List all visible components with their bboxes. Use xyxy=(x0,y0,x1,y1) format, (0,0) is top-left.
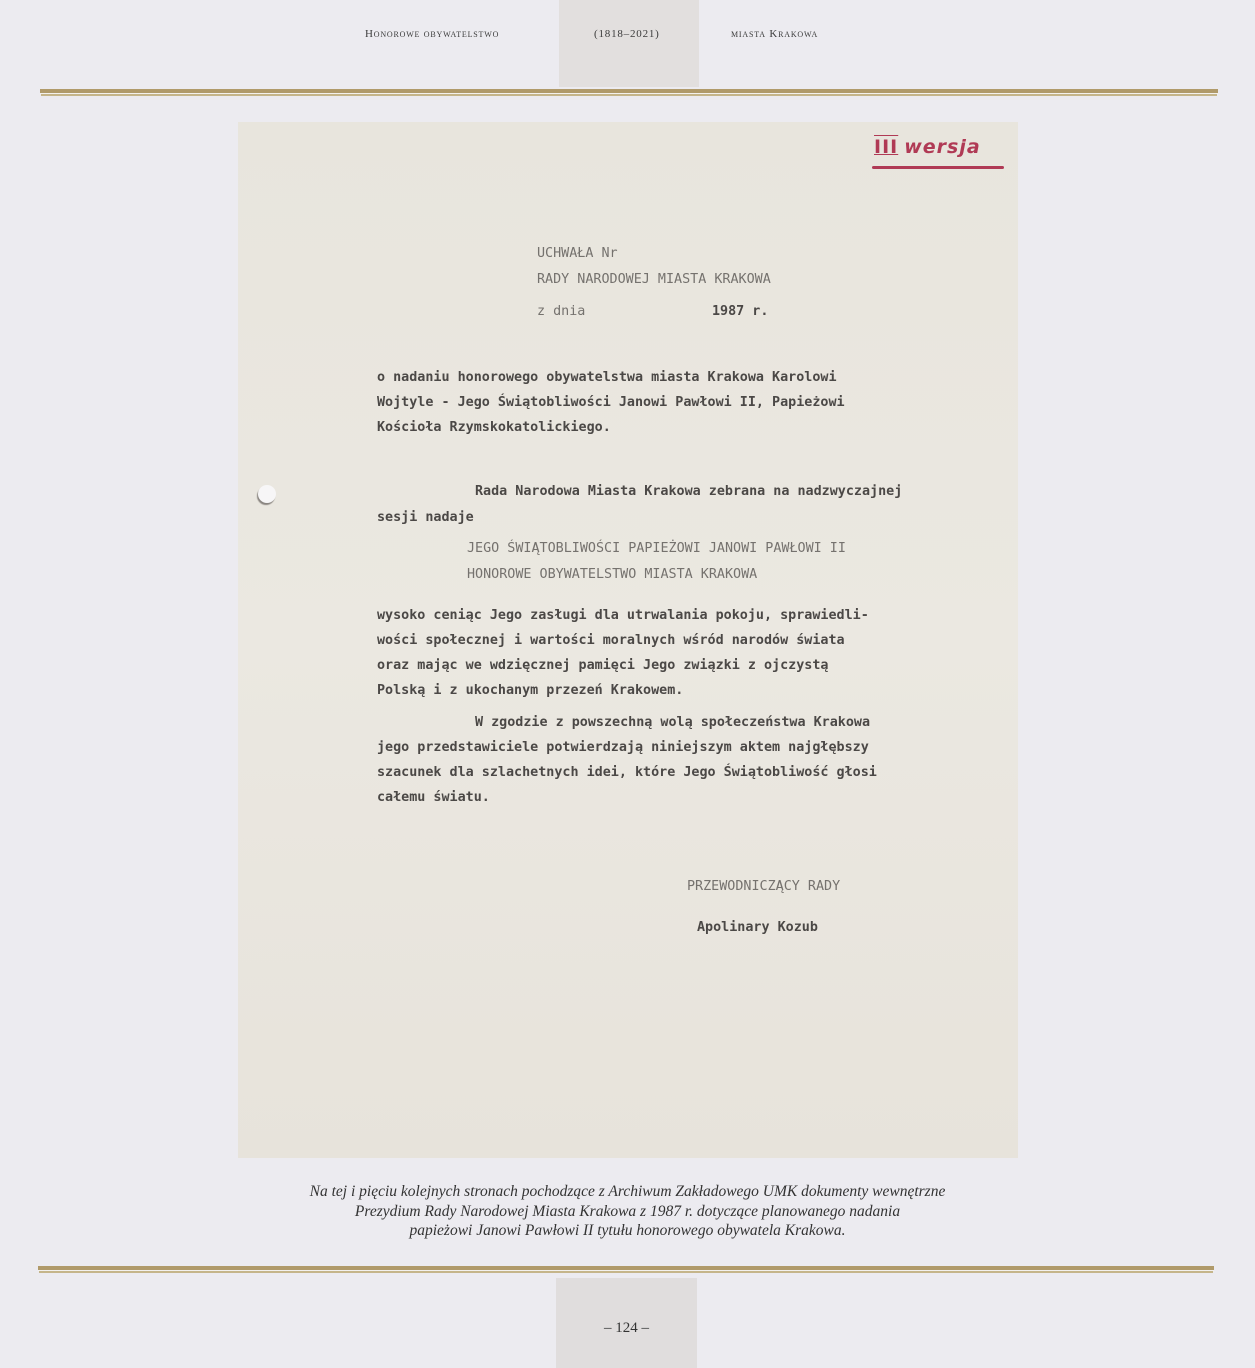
justification-line: wysoko ceniąc Jego zasługi dla utrwalani… xyxy=(377,608,869,623)
handwritten-underline xyxy=(872,166,1004,169)
handwritten-note: IIIwersja xyxy=(874,136,981,158)
justification-line: wości społecznej i wartości moralnych wś… xyxy=(377,633,845,648)
top-rule-divider xyxy=(40,89,1218,94)
granted-line: JEGO ŚWIĄTOBLIWOŚCI PAPIEŻOWI JANOWI PAW… xyxy=(467,541,846,556)
handwritten-text: wersja xyxy=(904,136,980,158)
running-head-years: (1818–2021) xyxy=(594,28,660,40)
justification-line: oraz mając we wdzięcznej pamięci Jego zw… xyxy=(377,658,828,673)
closing-line: W zgodzie z powszechną wolą społeczeństw… xyxy=(475,715,870,730)
running-head-title: Honorowe obywatelstwo xyxy=(365,28,499,40)
granted-line: HONOROWE OBYWATELSTWO MIASTA KRAKOWA xyxy=(467,567,757,582)
signature-name: Apolinary Kozub xyxy=(697,920,818,935)
page-number: – 124 – xyxy=(556,1320,697,1337)
bottom-rule-divider xyxy=(38,1266,1214,1271)
scanned-document: IIIwersja UCHWAŁA Nr RADY NARODOWEJ MIAS… xyxy=(238,122,1018,1158)
figure-caption: Na tej i pięciu kolejnych stronach pocho… xyxy=(0,1182,1255,1241)
running-head-city: miasta Krakowa xyxy=(731,28,818,40)
closing-line: jego przedstawiciele potwierdzają niniej… xyxy=(377,740,869,755)
justification-line: Polską i z ukochanym przezeń Krakowem. xyxy=(377,683,683,698)
caption-line: Prezydium Rady Narodowej Miasta Krakowa … xyxy=(0,1202,1255,1222)
intro-line: sesji nadaje xyxy=(377,510,474,525)
running-head: Honorowe obywatelstwo (1818–2021) miasta… xyxy=(0,28,1255,44)
punch-hole xyxy=(258,485,276,503)
closing-line: szacunek dla szlachetnych idei, które Je… xyxy=(377,765,877,780)
subject-line: o nadaniu honorowego obywatelstwa miasta… xyxy=(377,370,837,385)
subject-line: Wojtyle - Jego Świątobliwości Janowi Paw… xyxy=(377,395,845,410)
date-prefix: z dnia xyxy=(537,304,585,319)
resolution-number: UCHWAŁA Nr xyxy=(537,246,618,261)
handwritten-roman: III xyxy=(874,136,898,158)
council-name: RADY NARODOWEJ MIASTA KRAKOWA xyxy=(537,272,771,287)
closing-line: całemu światu. xyxy=(377,790,490,805)
intro-line: Rada Narodowa Miasta Krakowa zebrana na … xyxy=(475,484,902,499)
signature-title: PRZEWODNICZĄCY RADY xyxy=(687,879,840,894)
date-year: 1987 r. xyxy=(712,304,768,319)
caption-line: papieżowi Janowi Pawłowi II tytułu honor… xyxy=(0,1221,1255,1241)
caption-line: Na tej i pięciu kolejnych stronach pocho… xyxy=(0,1182,1255,1202)
subject-line: Kościoła Rzymskokatolickiego. xyxy=(377,420,611,435)
